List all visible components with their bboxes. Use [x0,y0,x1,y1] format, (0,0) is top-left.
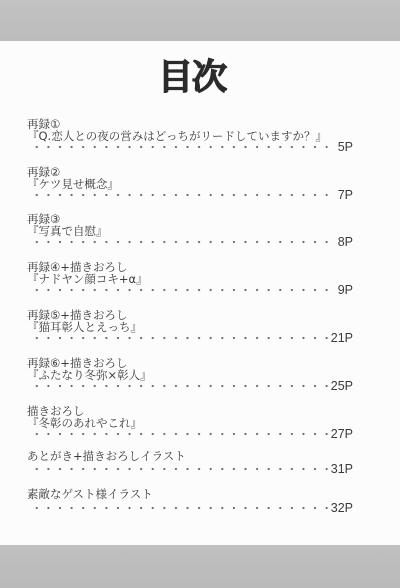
toc-entry: 再録③ 『写真で自慰』 8P [0,213,400,249]
toc-entry: 素敵なゲスト様イラスト 32P [0,488,400,524]
dot-leader [31,467,329,471]
entry-label: あとがき+描きおろしイラスト [27,450,186,462]
entry-page-number: 25P [331,380,353,392]
entry-leader-row: 27P [31,428,353,440]
dot-leader [31,288,336,292]
toc-entry: あとがき+描きおろしイラスト 31P [0,450,400,486]
entry-page-number: 8P [338,236,353,248]
toc-entry: 再録⑥+描きおろし 『ふたなり冬弥×彰人』 25P [0,357,400,393]
entry-leader-row: 8P [31,236,353,248]
dot-leader [31,432,329,436]
entry-leader-row: 9P [31,284,353,296]
entry-leader-row: 7P [31,189,353,201]
page-title: 目次 [150,58,234,98]
top-scan-margin [0,0,400,41]
entry-leader-row: 5P [31,141,353,153]
entry-page-number: 7P [338,189,353,201]
toc-entry: 再録⑤+描きおろし 『猫耳彰人とえっち』 21P [0,309,400,345]
toc-entry: 再録② 『ケツ見せ概念』 7P [0,166,400,202]
entry-page-number: 9P [338,284,353,296]
entry-page-number: 21P [331,332,353,344]
toc-entry: 再録④+描きおろし 『ナドヤン顔コキ+α』 9P [0,261,400,297]
entry-leader-row: 32P [31,502,353,514]
entry-page-number: 31P [331,463,353,475]
entry-page-number: 32P [331,502,353,514]
entry-page-number: 5P [338,141,353,153]
entry-page-number: 27P [331,428,353,440]
toc-entry: 描きおろし 『冬彰のあれやこれ』 27P [0,405,400,441]
dot-leader [31,193,336,197]
table-of-contents-page: 目次 再録① 『Q.恋人との夜の営みはどっちがリードしていますか？』 5P 再録… [0,0,400,588]
dot-leader [31,145,336,149]
dot-leader [31,506,329,510]
entry-leader-row: 31P [31,463,353,475]
toc-entry: 再録① 『Q.恋人との夜の営みはどっちがリードしていますか？』 5P [0,118,400,154]
entry-leader-row: 25P [31,380,353,392]
dot-leader [31,336,329,340]
entry-label: 素敵なゲスト様イラスト [27,488,153,500]
dot-leader [31,240,336,244]
dot-leader [31,384,329,388]
entry-leader-row: 21P [31,332,353,344]
bottom-scan-margin [0,545,400,588]
